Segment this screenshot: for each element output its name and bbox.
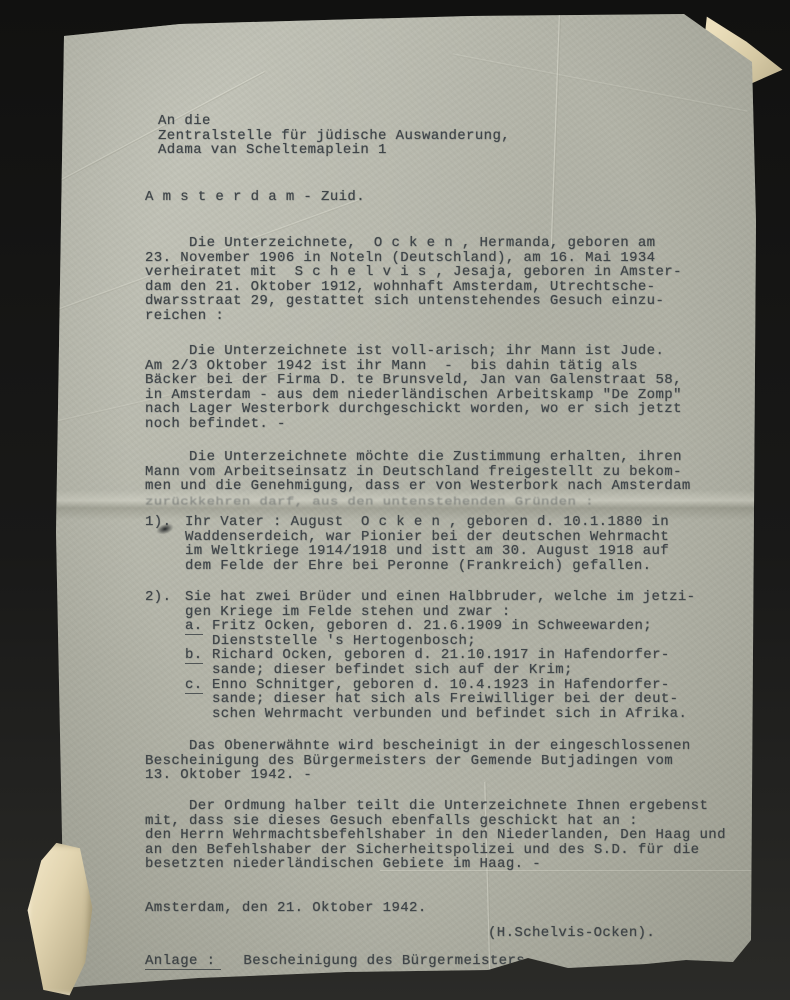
list-item-1-text: Ihr Vater : August O c k e n , geboren d… [185,515,669,573]
paragraph-copies-sent: Der Ordmung halber teilt die Unterzeichn… [145,799,726,872]
sub-item-c: c. Enno Schnitger, geboren d. 10.4.1923 … [185,678,695,722]
recipient-address: An die Zentralstelle für jüdische Auswan… [158,114,510,158]
crease-diagonal-top-right [453,53,748,112]
signature: (H.Schelvis-Ocken). [488,926,655,941]
list-item-2-body: Sie hat zwei Brüder und einen Halbbruder… [185,590,695,721]
date-line: Amsterdam, den 21. Oktober 1942. [145,901,427,916]
sub-item-b: b. Richard Ocken, geboren d. 21.10.1917 … [185,648,695,677]
city-line: A m s t e r d a m - Zuid. [145,190,365,205]
paragraph-request: Die Unterzeichnete möchte die Zustimmung… [145,450,691,494]
sub-item-a-letter: a. [185,618,203,635]
paragraph-certificate: Das Obenerwähnte wird bescheinigt in der… [145,739,691,783]
list-item-2-intro: Sie hat zwei Brüder und einen Halbbruder… [185,590,695,619]
sub-item-b-letter: b. [185,647,203,664]
sub-item-b-text: Richard Ocken, geboren d. 21.10.1917 in … [212,648,670,677]
enclosure-text: Bescheinigung des Bürgermeisters. [243,954,533,970]
letter-page: An die Zentralstelle für jüdische Auswan… [50,12,758,988]
scan-background: An die Zentralstelle für jüdische Auswan… [0,0,790,1000]
list-item-2-number: 2). [145,590,185,721]
paragraph-introduction: Die Unterzeichnete, O c k e n , Hermanda… [145,236,682,324]
sub-item-c-text: Enno Schnitger, geboren d. 10.4.1923 in … [212,678,687,722]
enclosure-label: Anlage : [145,954,221,970]
sub-item-a: a. Fritz Ocken, geboren d. 21.6.1909 in … [185,619,695,648]
paragraph-husband-status: Die Unterzeichnete ist voll-arisch; ihr … [145,344,682,432]
paragraph-request-faded-line: zurückkehren darf, aus den untenstehende… [145,496,594,508]
sub-item-a-text: Fritz Ocken, geboren d. 21.6.1909 in Sch… [212,619,652,648]
sub-item-c-letter: c. [185,677,203,694]
crease-vertical-top [551,7,561,247]
enclosure-line: Anlage : Bescheinigung des Bürgermeister… [145,954,534,970]
list-item-1-number: 1). [145,515,185,573]
